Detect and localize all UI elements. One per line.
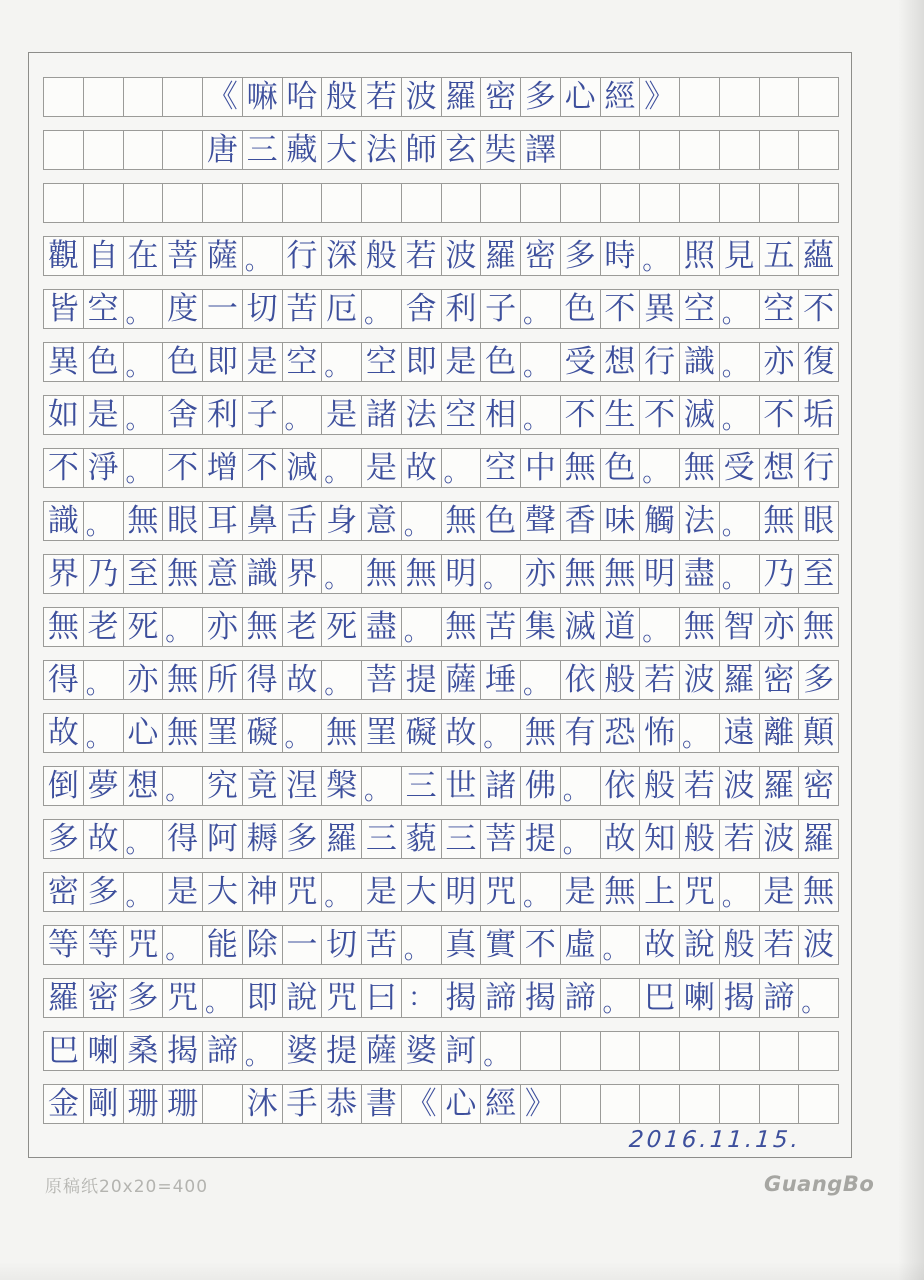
grid-cell: 集 — [520, 607, 561, 647]
grid-cell: 咒 — [282, 872, 323, 912]
grid-cell: 照 — [679, 236, 720, 276]
grid-cell: 無 — [679, 607, 720, 647]
grid-cell: 無 — [43, 607, 84, 647]
grid-cell: 是 — [759, 872, 800, 912]
grid-cell: 遠 — [719, 713, 760, 753]
grid-cell: 聲 — [520, 501, 561, 541]
empty-grid-cell — [798, 1031, 839, 1071]
grid-cell: 故 — [441, 713, 482, 753]
grid-cell: 滅 — [560, 607, 601, 647]
grid-cell: 波 — [798, 925, 839, 965]
empty-grid-cell — [639, 1031, 680, 1071]
grid-cell: 。 — [441, 448, 482, 488]
empty-grid-cell — [679, 130, 720, 170]
grid-cell: 一 — [202, 289, 243, 329]
grid-cell: 喇 — [83, 1031, 124, 1071]
grid-cell: 亦 — [202, 607, 243, 647]
grid-cell: 眼 — [162, 501, 203, 541]
grid-cell: 增 — [202, 448, 243, 488]
grid-cell: 師 — [401, 130, 442, 170]
grid-cell: 空 — [83, 289, 124, 329]
grid-cell: 礙 — [401, 713, 442, 753]
grid-cell: 《 — [202, 77, 243, 117]
grid-cell: 若 — [639, 660, 680, 700]
grid-cell: 色 — [480, 501, 521, 541]
grid-cell: 無 — [361, 554, 402, 594]
empty-grid-cell — [162, 183, 203, 223]
grid-cell: 諦 — [560, 978, 601, 1018]
grid-cell: 受 — [560, 342, 601, 382]
grid-cell: 。 — [560, 766, 601, 806]
grid-cell: 一 — [282, 925, 323, 965]
grid-cell: 無 — [520, 713, 561, 753]
grid-cell: 經 — [480, 1084, 521, 1124]
grid-cell: 奘 — [480, 130, 521, 170]
grid-cell: 利 — [441, 289, 482, 329]
grid-cell: 意 — [361, 501, 402, 541]
grid-cell: 咒 — [123, 925, 164, 965]
grid-cell: 亦 — [759, 607, 800, 647]
grid-cell: 菩 — [361, 660, 402, 700]
grid-cell: 至 — [123, 554, 164, 594]
grid-cell: 盡 — [679, 554, 720, 594]
grid-cell: 沐 — [242, 1084, 283, 1124]
grid-cell: 多 — [798, 660, 839, 700]
empty-grid-cell — [639, 130, 680, 170]
grid-cell: 度 — [162, 289, 203, 329]
grid-cell: 色 — [83, 342, 124, 382]
grid-cell: ： — [401, 978, 442, 1018]
grid-cell: 老 — [83, 607, 124, 647]
empty-grid-cell — [759, 130, 800, 170]
grid-cell: 不 — [639, 395, 680, 435]
grid-cell: 不 — [242, 448, 283, 488]
grid-cell: 在 — [123, 236, 164, 276]
grid-cell: 提 — [401, 660, 442, 700]
grid-cell: 無 — [123, 501, 164, 541]
grid-cell: 觀 — [43, 236, 84, 276]
brand-logo: GuangBo — [764, 1172, 874, 1196]
grid-cell: 明 — [441, 872, 482, 912]
grid-cell: 淨 — [83, 448, 124, 488]
grid-cell: 厄 — [321, 289, 362, 329]
grid-cell: 是 — [162, 872, 203, 912]
empty-grid-cell — [361, 183, 402, 223]
grid-cell: 是 — [321, 395, 362, 435]
empty-grid-cell — [719, 183, 760, 223]
grid-cell: 無 — [162, 660, 203, 700]
grid-cell: 心 — [123, 713, 164, 753]
grid-cell: 。 — [719, 289, 760, 329]
grid-cell: 羅 — [719, 660, 760, 700]
grid-cell: 滅 — [679, 395, 720, 435]
grid-cell: 蘊 — [798, 236, 839, 276]
grid-cell: 巴 — [639, 978, 680, 1018]
grid-cell: 除 — [242, 925, 283, 965]
grid-cell: 無 — [441, 501, 482, 541]
grid-cell: 是 — [560, 872, 601, 912]
grid-cell: 巴 — [43, 1031, 84, 1071]
grid-cell: 究 — [202, 766, 243, 806]
grid-cell: 界 — [43, 554, 84, 594]
grid-cell: 意 — [202, 554, 243, 594]
empty-grid-cell — [600, 130, 641, 170]
grid-row: 等等咒。能除一切苦。真實不虛。故說般若波 — [43, 925, 839, 965]
grid-cell: 得 — [162, 819, 203, 859]
grid-cell: 桑 — [123, 1031, 164, 1071]
grid-cell: 受 — [719, 448, 760, 488]
grid-cell: 空 — [759, 289, 800, 329]
grid-cell: 無 — [600, 872, 641, 912]
grid-row: 《嘛哈般若波羅密多心經》 — [43, 77, 839, 117]
grid-cell: 切 — [321, 925, 362, 965]
grid-cell: 諸 — [361, 395, 402, 435]
empty-grid-cell — [560, 1084, 601, 1124]
grid-cell: 想 — [123, 766, 164, 806]
grid-cell: 色 — [560, 289, 601, 329]
grid-cell: 。 — [480, 1031, 521, 1071]
grid-cell: 。 — [123, 289, 164, 329]
grid-cell: 薩 — [441, 660, 482, 700]
grid-cell: 經 — [600, 77, 641, 117]
grid-cell: 般 — [639, 766, 680, 806]
grid-cell: 涅 — [282, 766, 323, 806]
grid-row: 異色。色即是空。空即是色。受想行識。亦復 — [43, 342, 839, 382]
grid-cell: 無 — [321, 713, 362, 753]
grid-cell: 三 — [242, 130, 283, 170]
grid-cell: 上 — [639, 872, 680, 912]
grid-cell: 菩 — [162, 236, 203, 276]
grid-cell: 得 — [242, 660, 283, 700]
grid-cell: 亦 — [123, 660, 164, 700]
grid-cell: 是 — [441, 342, 482, 382]
manuscript-sheet: 《嘛哈般若波羅密多心經》唐三藏大法師玄奘譯觀自在菩薩。行深般若波羅密多時。照見五… — [28, 52, 852, 1158]
grid-cell: 揭 — [441, 978, 482, 1018]
grid-cell: 咒 — [480, 872, 521, 912]
grid-row — [43, 183, 839, 223]
grid-row: 倒夢想。究竟涅槃。三世諸佛。依般若波羅密 — [43, 766, 839, 806]
grid-cell: 。 — [321, 342, 362, 382]
grid-cell: 空 — [480, 448, 521, 488]
grid-cell: 子 — [480, 289, 521, 329]
grid-cell: 怖 — [639, 713, 680, 753]
grid-cell: 密 — [520, 236, 561, 276]
grid-cell: 是 — [83, 395, 124, 435]
handwritten-date: 2016.11.15. — [628, 1127, 802, 1153]
grid-cell: 罣 — [361, 713, 402, 753]
grid-cell: 薩 — [202, 236, 243, 276]
grid-cell: 識 — [679, 342, 720, 382]
grid-cell: 波 — [401, 77, 442, 117]
grid-cell: 說 — [679, 925, 720, 965]
empty-grid-cell — [759, 1031, 800, 1071]
grid-cell: 。 — [401, 607, 442, 647]
grid-row: 巴喇桑揭諦。婆提薩婆訶。 — [43, 1031, 839, 1071]
photo-edge-shading-bottom — [0, 1262, 924, 1280]
grid-cell: 不 — [600, 289, 641, 329]
grid-cell: 。 — [719, 554, 760, 594]
grid-cell: 般 — [719, 925, 760, 965]
grid-cell: 多 — [83, 872, 124, 912]
grid-cell: 空 — [679, 289, 720, 329]
grid-cell: 皆 — [43, 289, 84, 329]
grid-cell: 大 — [321, 130, 362, 170]
empty-grid-cell — [520, 1031, 561, 1071]
grid-cell: 所 — [202, 660, 243, 700]
empty-grid-cell — [759, 77, 800, 117]
grid-cell: 密 — [798, 766, 839, 806]
empty-grid-cell — [679, 77, 720, 117]
empty-grid-cell — [242, 183, 283, 223]
grid-cell: 若 — [401, 236, 442, 276]
grid-cell: 剛 — [83, 1084, 124, 1124]
grid-cell: 不 — [560, 395, 601, 435]
grid-cell: 唐 — [202, 130, 243, 170]
grid-cell: 。 — [719, 501, 760, 541]
grid-cell: 死 — [321, 607, 362, 647]
grid-row: 唐三藏大法師玄奘譯 — [43, 130, 839, 170]
grid-cell: 香 — [560, 501, 601, 541]
grid-cell: 阿 — [202, 819, 243, 859]
empty-grid-cell — [798, 77, 839, 117]
grid-cell: 般 — [679, 819, 720, 859]
grid-cell: 。 — [520, 395, 561, 435]
grid-cell: 子 — [242, 395, 283, 435]
grid-cell: 薩 — [361, 1031, 402, 1071]
grid-cell: 有 — [560, 713, 601, 753]
grid-cell: 羅 — [441, 77, 482, 117]
grid-cell: 。 — [162, 766, 203, 806]
grid-cell: 譯 — [520, 130, 561, 170]
grid-cell: 》 — [639, 77, 680, 117]
grid-cell: 味 — [600, 501, 641, 541]
empty-grid-cell — [480, 183, 521, 223]
grid-cell: 故 — [401, 448, 442, 488]
grid-cell: 想 — [759, 448, 800, 488]
grid-cell: 。 — [719, 872, 760, 912]
grid-cell: 生 — [600, 395, 641, 435]
grid-cell: 是 — [361, 448, 402, 488]
grid-cell: 。 — [321, 872, 362, 912]
grid-cell: 若 — [679, 766, 720, 806]
grid-cell: 般 — [361, 236, 402, 276]
grid-cell: 想 — [600, 342, 641, 382]
grid-cell: 藏 — [282, 130, 323, 170]
grid-cell: 舌 — [282, 501, 323, 541]
grid-cell: 舍 — [162, 395, 203, 435]
grid-cell: 。 — [520, 289, 561, 329]
grid-row: 觀自在菩薩。行深般若波羅密多時。照見五蘊 — [43, 236, 839, 276]
grid-cell: 嘛 — [242, 77, 283, 117]
empty-grid-cell — [43, 183, 84, 223]
grid-cell: 。 — [401, 501, 442, 541]
grid-cell: 珊 — [162, 1084, 203, 1124]
empty-grid-cell — [759, 1084, 800, 1124]
grid-cell: 空 — [441, 395, 482, 435]
grid-cell: 波 — [441, 236, 482, 276]
grid-cell: 。 — [282, 713, 323, 753]
grid-cell: 。 — [798, 978, 839, 1018]
grid-cell: 若 — [361, 77, 402, 117]
grid-cell: 老 — [282, 607, 323, 647]
empty-grid-cell — [123, 130, 164, 170]
grid-row: 無老死。亦無老死盡。無苦集滅道。無智亦無 — [43, 607, 839, 647]
grid-cell: 不 — [759, 395, 800, 435]
empty-grid-cell — [43, 130, 84, 170]
grid-cell: 咒 — [321, 978, 362, 1018]
empty-grid-cell — [202, 183, 243, 223]
grid-cell: 無 — [560, 554, 601, 594]
grid-cell: 哈 — [282, 77, 323, 117]
grid-cell: 。 — [83, 501, 124, 541]
grid-cell: 死 — [123, 607, 164, 647]
grid-cell: 實 — [480, 925, 521, 965]
grid-cell: 金 — [43, 1084, 84, 1124]
grid-cell: 密 — [43, 872, 84, 912]
grid-cell: 減 — [282, 448, 323, 488]
grid-cell: 。 — [600, 925, 641, 965]
empty-grid-cell — [560, 183, 601, 223]
grid-cell: 是 — [242, 342, 283, 382]
empty-grid-cell — [798, 1084, 839, 1124]
grid-cell: 波 — [759, 819, 800, 859]
grid-cell: 埵 — [480, 660, 521, 700]
grid-cell: 觸 — [639, 501, 680, 541]
grid-cell: 書 — [361, 1084, 402, 1124]
empty-grid-cell — [679, 183, 720, 223]
grid-cell: 礙 — [242, 713, 283, 753]
empty-grid-cell — [560, 130, 601, 170]
grid-cell: 。 — [520, 660, 561, 700]
grid-cell: 多 — [282, 819, 323, 859]
grid-cell: 珊 — [123, 1084, 164, 1124]
grid-cell: 無 — [401, 554, 442, 594]
grid-cell: 色 — [480, 342, 521, 382]
grid-cell: 無 — [600, 554, 641, 594]
empty-grid-cell — [441, 183, 482, 223]
grid-cell: 提 — [520, 819, 561, 859]
grid-cell: 。 — [480, 713, 521, 753]
grid-cell: 故 — [282, 660, 323, 700]
grid-cell: 是 — [361, 872, 402, 912]
grid-cell: 利 — [202, 395, 243, 435]
grid-cell: 即 — [242, 978, 283, 1018]
grid-row: 得。亦無所得故。菩提薩埵。依般若波羅密多 — [43, 660, 839, 700]
empty-grid-cell — [759, 183, 800, 223]
grid-cell: 三 — [441, 819, 482, 859]
grid-cell: 。 — [162, 607, 203, 647]
grid-cell: 故 — [600, 819, 641, 859]
grid-row: 故。心無罣礙。無罣礙故。無有恐怖。遠離顛 — [43, 713, 839, 753]
grid-cell: 苦 — [361, 925, 402, 965]
grid-cell: 故 — [639, 925, 680, 965]
grid-cell: 無 — [798, 872, 839, 912]
grid-cell: 羅 — [43, 978, 84, 1018]
empty-grid-cell — [639, 1084, 680, 1124]
grid-cell: 乃 — [759, 554, 800, 594]
grid-cell: 。 — [162, 925, 203, 965]
grid-cell: 即 — [401, 342, 442, 382]
grid-cell: 諦 — [759, 978, 800, 1018]
grid-cell: 若 — [719, 819, 760, 859]
grid-cell: 。 — [361, 289, 402, 329]
empty-grid-cell — [43, 77, 84, 117]
grid-cell: 波 — [719, 766, 760, 806]
grid-cell: 真 — [441, 925, 482, 965]
grid-cell: 。 — [600, 978, 641, 1018]
grid-cell: 。 — [480, 554, 521, 594]
grid-cell: 不 — [43, 448, 84, 488]
grid-cell: 行 — [798, 448, 839, 488]
grid-cell: 即 — [202, 342, 243, 382]
grid-cell: 大 — [202, 872, 243, 912]
grid-cell: 多 — [123, 978, 164, 1018]
grid-cell: 揭 — [719, 978, 760, 1018]
empty-grid-cell — [83, 183, 124, 223]
grid-cell: 至 — [798, 554, 839, 594]
grid-cell: 空 — [361, 342, 402, 382]
grid-cell: 菩 — [480, 819, 521, 859]
grid-cell: 。 — [639, 236, 680, 276]
grid-cell: 。 — [242, 1031, 283, 1071]
grid-cell: 深 — [321, 236, 362, 276]
grid-cell: 揭 — [520, 978, 561, 1018]
grid-cell: 故 — [83, 819, 124, 859]
empty-grid-cell — [719, 1084, 760, 1124]
grid-cell: 識 — [242, 554, 283, 594]
grid-cell: 。 — [719, 395, 760, 435]
grid-cell: 五 — [759, 236, 800, 276]
grid-cell: 。 — [202, 978, 243, 1018]
grid-cell: 羅 — [759, 766, 800, 806]
empty-grid-cell — [162, 130, 203, 170]
grid-cell: 乃 — [83, 554, 124, 594]
grid-cell: 盡 — [361, 607, 402, 647]
grid-cell: 苦 — [282, 289, 323, 329]
grid-cell: 得 — [43, 660, 84, 700]
empty-grid-cell — [719, 130, 760, 170]
empty-grid-cell — [639, 183, 680, 223]
grid-cell: 多 — [43, 819, 84, 859]
grid-cell: 無 — [242, 607, 283, 647]
grid-row: 密多。是大神咒。是大明咒。是無上咒。是無 — [43, 872, 839, 912]
grid-cell: 虛 — [560, 925, 601, 965]
grid-cell: 諦 — [480, 978, 521, 1018]
grid-cell: 。 — [83, 713, 124, 753]
grid-cell: 無 — [798, 607, 839, 647]
grid-cell: 若 — [759, 925, 800, 965]
grid-cell: 曰 — [361, 978, 402, 1018]
grid-cell: 相 — [480, 395, 521, 435]
grid-cell: 依 — [600, 766, 641, 806]
grid-cell: 無 — [679, 448, 720, 488]
grid-cell: 。 — [639, 448, 680, 488]
grid-cell: 諸 — [480, 766, 521, 806]
grid-cell: 羅 — [798, 819, 839, 859]
grid-row: 皆空。度一切苦厄。舍利子。色不異空。空不 — [43, 289, 839, 329]
grid-cell: 藐 — [401, 819, 442, 859]
grid-cell: 。 — [401, 925, 442, 965]
grid-cell: 舍 — [401, 289, 442, 329]
grid-cell: 識 — [43, 501, 84, 541]
empty-grid-cell — [401, 183, 442, 223]
grid-cell: 世 — [441, 766, 482, 806]
grid-cell: 耳 — [202, 501, 243, 541]
grid-cell: 神 — [242, 872, 283, 912]
grid-cell: 》 — [520, 1084, 561, 1124]
grid-cell: 法 — [679, 501, 720, 541]
grid-row: 如是。舍利子。是諸法空相。不生不滅。不垢 — [43, 395, 839, 435]
